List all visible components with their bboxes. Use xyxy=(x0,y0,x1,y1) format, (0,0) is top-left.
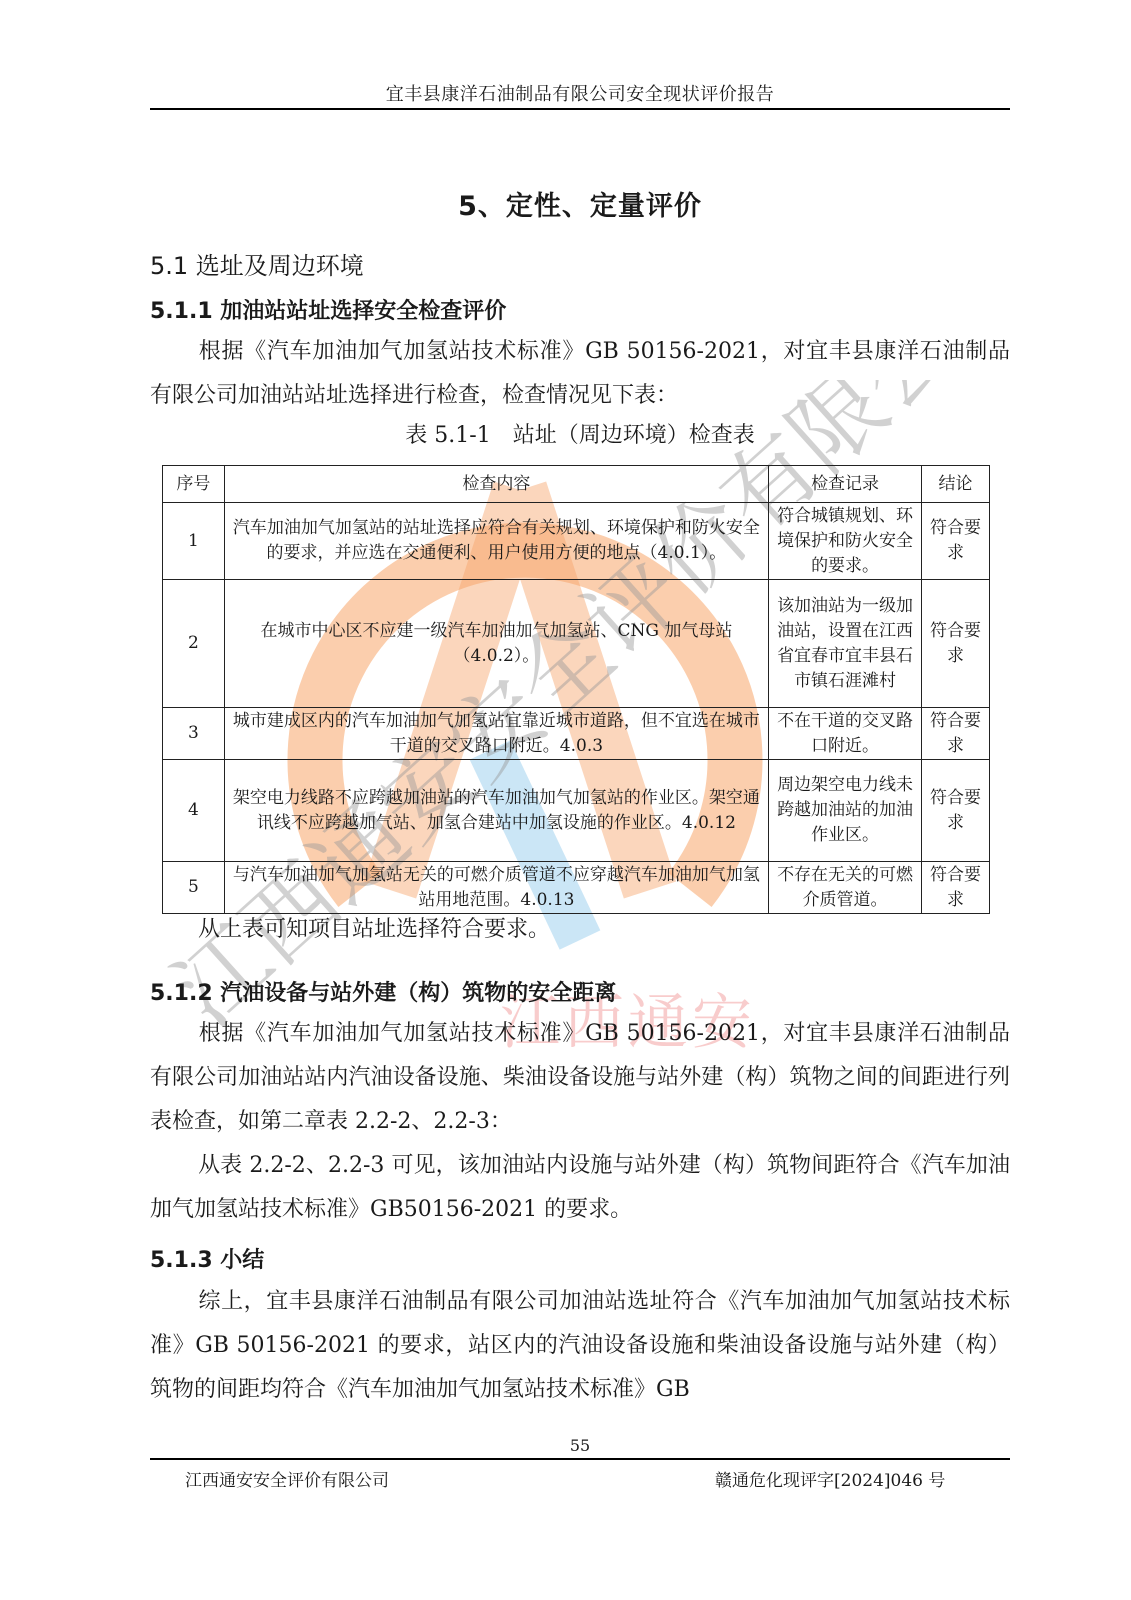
footer-company: 江西通安安全评价有限公司 xyxy=(185,1466,389,1491)
cell-no: 2 xyxy=(163,580,225,708)
col-header-result: 结论 xyxy=(922,466,990,503)
page-number: 55 xyxy=(150,1436,1010,1455)
cell-content: 汽车加油加气加氢站的站址选择应符合有关规划、环境保护和防火安全的要求，并应选在交… xyxy=(224,503,768,580)
cell-no: 5 xyxy=(163,862,225,914)
site-check-table: 序号 检查内容 检查记录 结论 1 汽车加油加气加氢站的站址选择应符合有关规划、… xyxy=(162,465,990,914)
section-5-1-3-heading: 5.1.3 小结 xyxy=(150,1243,264,1274)
table-header-row: 序号 检查内容 检查记录 结论 xyxy=(163,466,990,503)
cell-record: 不在干道的交叉路口附近。 xyxy=(769,708,922,760)
cell-record: 周边架空电力线未跨越加油站的加油作业区。 xyxy=(769,760,922,862)
col-header-record: 检查记录 xyxy=(769,466,922,503)
cell-no: 3 xyxy=(163,708,225,760)
document-page: 江西通安安全评价有限公司 江西通安 宜丰县康洋石油制品有限公司安全现状评价报告 … xyxy=(0,0,1131,1600)
cell-content: 架空电力线路不应跨越加油站的汽车加油加气加氢站的作业区。架空通讯线不应跨越加气站… xyxy=(224,760,768,862)
cell-result: 符合要求 xyxy=(922,503,990,580)
footer-rule xyxy=(150,1458,1010,1460)
table-conclusion: 从上表可知项目站址选择符合要求。 xyxy=(150,908,1010,952)
cell-no: 1 xyxy=(163,503,225,580)
col-header-no: 序号 xyxy=(163,466,225,503)
table-row: 4 架空电力线路不应跨越加油站的汽车加油加气加氢站的作业区。架空通讯线不应跨越加… xyxy=(163,760,990,862)
footer-doc-number: 赣通危化现评字[2024]046 号 xyxy=(715,1466,945,1491)
section-5-1-2-para-2: 从表 2.2-2、2.2-3 可见，该加油站内设施与站外建（构）筑物间距符合《汽… xyxy=(150,1144,1010,1232)
table-row: 5 与汽车加油加气加氢站无关的可燃介质管道不应穿越汽车加油加气加氢站用地范围。4… xyxy=(163,862,990,914)
cell-record: 不存在无关的可燃介质管道。 xyxy=(769,862,922,914)
table-row: 1 汽车加油加气加氢站的站址选择应符合有关规划、环境保护和防火安全的要求，并应选… xyxy=(163,503,990,580)
section-5-1-1-intro: 根据《汽车加油加气加氢站技术标准》GB 50156-2021，对宜丰县康洋石油制… xyxy=(150,330,1010,418)
section-5-1-heading: 5.1 选址及周边环境 xyxy=(150,246,364,281)
cell-result: 符合要求 xyxy=(922,708,990,760)
cell-content: 与汽车加油加气加氢站无关的可燃介质管道不应穿越汽车加油加气加氢站用地范围。4.0… xyxy=(224,862,768,914)
header-rule xyxy=(150,108,1010,110)
cell-result: 符合要求 xyxy=(922,760,990,862)
running-header-title: 宜丰县康洋石油制品有限公司安全现状评价报告 xyxy=(150,80,1010,106)
section-5-1-1-heading: 5.1.1 加油站站址选择安全检查评价 xyxy=(150,294,506,325)
cell-result: 符合要求 xyxy=(922,580,990,708)
cell-content: 城市建成区内的汽车加油加气加氢站宜靠近城市道路，但不宜选在城市干道的交叉路口附近… xyxy=(224,708,768,760)
cell-record: 符合城镇规划、环境保护和防火安全的要求。 xyxy=(769,503,922,580)
cell-content: 在城市中心区不应建一级汽车加油加气加氢站、CNG 加气母站（4.0.2）。 xyxy=(224,580,768,708)
cell-result: 符合要求 xyxy=(922,862,990,914)
chapter-title: 5、定性、定量评价 xyxy=(150,184,1010,223)
cell-record: 该加油站为一级加油站，设置在江西省宜春市宜丰县石市镇石涯滩村 xyxy=(769,580,922,708)
section-5-1-3-para: 综上，宜丰县康洋石油制品有限公司加油站选址符合《汽车加油加气加氢站技术标准》GB… xyxy=(150,1280,1010,1412)
section-5-1-2-heading: 5.1.2 汽油设备与站外建（构）筑物的安全距离 xyxy=(150,976,616,1007)
table-row: 3 城市建成区内的汽车加油加气加氢站宜靠近城市道路，但不宜选在城市干道的交叉路口… xyxy=(163,708,990,760)
table-caption: 表 5.1-1 站址（周边环境）检查表 xyxy=(150,418,1010,449)
table-row: 2 在城市中心区不应建一级汽车加油加气加氢站、CNG 加气母站（4.0.2）。 … xyxy=(163,580,990,708)
cell-no: 4 xyxy=(163,760,225,862)
section-5-1-2-para-1: 根据《汽车加油加气加氢站技术标准》GB 50156-2021，对宜丰县康洋石油制… xyxy=(150,1012,1010,1144)
col-header-content: 检查内容 xyxy=(224,466,768,503)
